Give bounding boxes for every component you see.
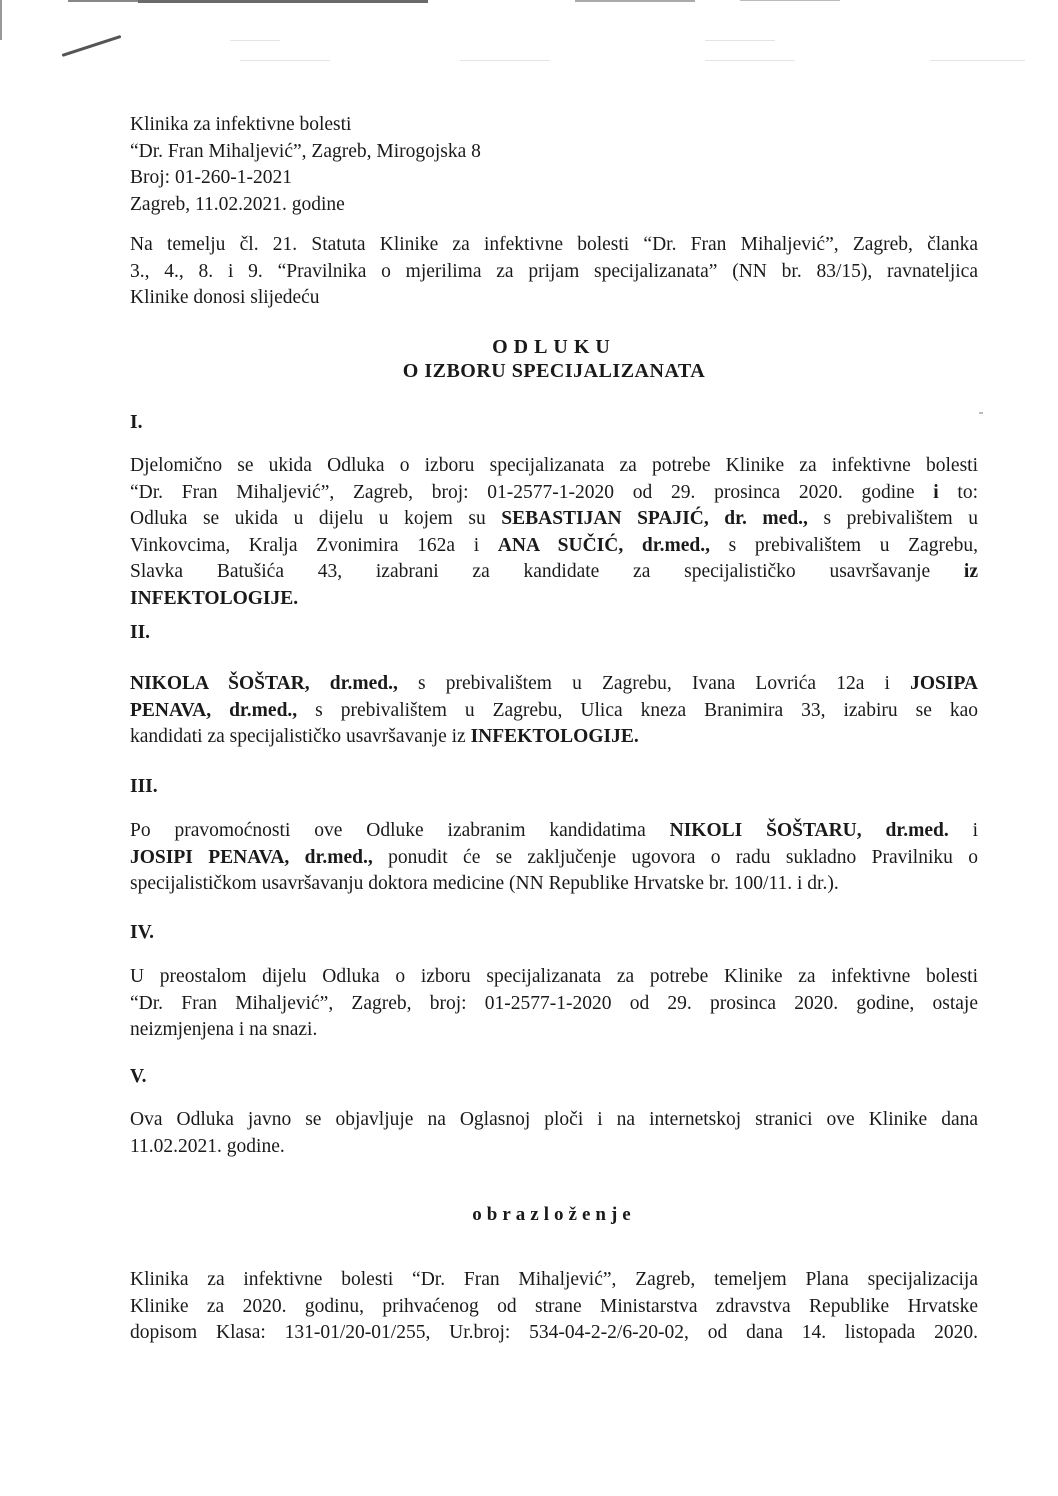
scan-noise: [230, 40, 280, 41]
text-line: “Dr. Fran Mihaljević”, Zagreb, broj: 01-…: [130, 480, 978, 507]
scan-noise: [705, 40, 775, 41]
text-run: “Dr. Fran Mihaljević”, Zagreb, broj: 01-…: [130, 482, 933, 503]
person-name: NIKOLI ŠOŠTARU, dr.med.: [670, 820, 949, 841]
text-run-bold: iz: [964, 561, 978, 582]
decision-title: ODLUKU: [130, 334, 978, 361]
scan-speck: [979, 412, 983, 414]
scan-edge-left: [0, 0, 2, 40]
scan-bar: [138, 0, 428, 3]
text-line: neizmjenjena i na snazi.: [130, 1017, 978, 1044]
person-name: JOSIPA: [910, 673, 978, 694]
text-line: Slavka Batušića 43, izabrani za kandidat…: [130, 559, 978, 586]
text-run: s prebivalištem u: [808, 508, 978, 529]
text-line: Djelomično se ukida Odluka o izboru spec…: [130, 453, 978, 480]
person-name: ANA SUČIĆ, dr.med.,: [498, 535, 710, 556]
section-heading-1: I.: [130, 410, 142, 437]
person-name: PENAVA, dr.med.,: [130, 700, 297, 721]
scan-bar: [575, 0, 695, 2]
section-3-body: Po pravomoćnosti ove Odluke izabranim ka…: [130, 818, 978, 898]
person-name: NIKOLA ŠOŠTAR, dr.med.,: [130, 673, 398, 694]
text-run: kandidati za specijalističko usavršavanj…: [130, 726, 471, 747]
text-run: s prebivalištem u Zagrebu,: [710, 535, 978, 556]
text-line: NIKOLA ŠOŠTAR, dr.med., s prebivalištem …: [130, 671, 978, 698]
specialty-name: INFEKTOLOGIJE.: [130, 588, 298, 609]
reasoning-heading: obrazloženje: [130, 1202, 978, 1229]
institution-name: Klinika za infektivne bolesti: [130, 112, 978, 139]
text-line: PENAVA, dr.med., s prebivalištem u Zagre…: [130, 698, 978, 725]
text-line: INFEKTOLOGIJE.: [130, 586, 978, 613]
text-run: Po pravomoćnosti ove Odluke izabranim ka…: [130, 820, 670, 841]
section-heading-3: III.: [130, 774, 158, 801]
scan-bar: [740, 0, 840, 1]
text-run: s prebivalištem u Zagrebu, Ulica kneza B…: [297, 700, 978, 721]
decision-subtitle: O IZBORU SPECIJALIZANATA: [130, 358, 978, 385]
scan-edge-top: [0, 0, 1058, 4]
text-line: Ova Odluka javno se objavljuje na Oglasn…: [130, 1107, 978, 1134]
preamble-line: Na temelju čl. 21. Statuta Klinike za in…: [130, 232, 978, 259]
text-run: Slavka Batušića 43, izabrani za kandidat…: [130, 561, 964, 582]
specialty-name: INFEKTOLOGIJE.: [471, 726, 639, 747]
preamble-line: 3., 4., 8. i 9. “Pravilnika o mjerilima …: [130, 259, 978, 286]
text-line: 11.02.2021. godine.: [130, 1134, 978, 1161]
letterhead: Klinika za infektivne bolesti “Dr. Fran …: [130, 112, 978, 218]
text-line: Klinike za 2020. godinu, prihvaćenog od …: [130, 1294, 978, 1321]
text-line: dopisom Klasa: 131-01/20-01/255, Ur.broj…: [130, 1320, 978, 1347]
text-line: Klinika za infektivne bolesti “Dr. Fran …: [130, 1267, 978, 1294]
reasoning-body: Klinika za infektivne bolesti “Dr. Fran …: [130, 1267, 978, 1347]
text-line: “Dr. Fran Mihaljević”, Zagreb, broj: 01-…: [130, 991, 978, 1018]
text-run: Odluka se ukida u dijelu u kojem su: [130, 508, 501, 529]
institution-address: “Dr. Fran Mihaljević”, Zagreb, Mirogojsk…: [130, 139, 978, 166]
text-run: i: [949, 820, 978, 841]
section-heading-5: V.: [130, 1064, 146, 1091]
text-line: Odluka se ukida u dijelu u kojem su SEBA…: [130, 506, 978, 533]
section-heading-2: II.: [130, 620, 150, 647]
text-line: kandidati za specijalističko usavršavanj…: [130, 724, 978, 751]
scan-noise: [460, 60, 550, 61]
text-line: Po pravomoćnosti ove Odluke izabranim ka…: [130, 818, 978, 845]
scan-noise: [705, 60, 795, 61]
section-heading-4: IV.: [130, 920, 154, 947]
text-line: U preostalom dijelu Odluka o izboru spec…: [130, 964, 978, 991]
text-line: JOSIPI PENAVA, dr.med., ponudit će se za…: [130, 845, 978, 872]
section-1-body: Djelomično se ukida Odluka o izboru spec…: [130, 453, 978, 612]
preamble: Na temelju čl. 21. Statuta Klinike za in…: [130, 232, 978, 312]
text-line: specijalističkom usavršavanju doktora me…: [130, 871, 978, 898]
section-5-body: Ova Odluka javno se objavljuje na Oglasn…: [130, 1107, 978, 1160]
document-number: Broj: 01-260-1-2021: [130, 165, 978, 192]
pen-mark: [62, 35, 122, 57]
text-run: ponudit će se zaključenje ugovora o radu…: [373, 847, 978, 868]
section-4-body: U preostalom dijelu Odluka o izboru spec…: [130, 964, 978, 1044]
section-2-body: NIKOLA ŠOŠTAR, dr.med., s prebivalištem …: [130, 671, 978, 751]
text-line: Vinkovcima, Kralja Zvonimira 162a i ANA …: [130, 533, 978, 560]
person-name: JOSIPI PENAVA, dr.med.,: [130, 847, 373, 868]
text-run: to:: [939, 482, 978, 503]
scan-noise: [930, 60, 1025, 61]
scan-noise: [240, 60, 330, 61]
text-run: s prebivalištem u Zagrebu, Ivana Lovrića…: [398, 673, 910, 694]
text-run: Vinkovcima, Kralja Zvonimira 162a i: [130, 535, 498, 556]
preamble-line: Klinike donosi slijedeću: [130, 285, 978, 312]
person-name: SEBASTIJAN SPAJIĆ, dr. med.,: [501, 508, 808, 529]
place-date: Zagreb, 11.02.2021. godine: [130, 192, 978, 219]
